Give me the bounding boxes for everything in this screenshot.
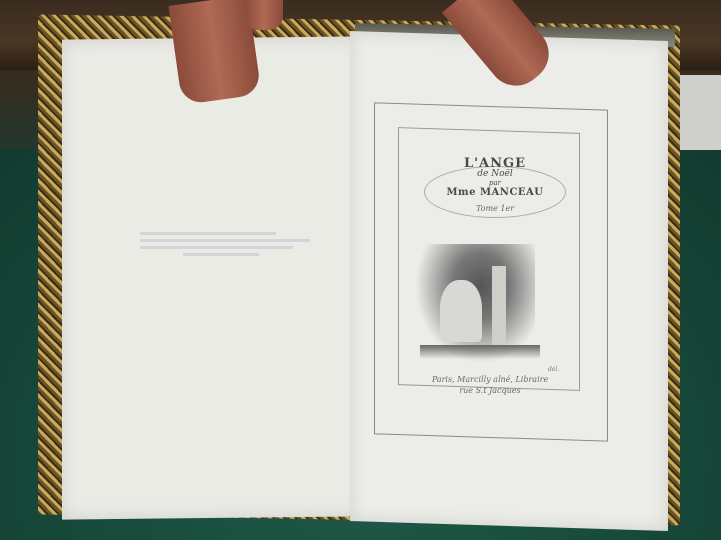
engraving-woman-figure <box>440 280 482 342</box>
volume-label: Tome 1er <box>410 204 580 213</box>
par-label: par <box>410 179 580 187</box>
publisher-imprint: Paris, Marcilly aîné, Libraire rue S.t J… <box>395 374 585 396</box>
book-subtitle: de Noël <box>410 169 580 179</box>
title-block: L'ANGE de Noël par Mme MANCEAU Tome 1er <box>410 156 580 213</box>
author-name: Mme MANCEAU <box>410 187 580 198</box>
bleed-through-text <box>140 228 310 260</box>
engraving-ground <box>420 345 540 359</box>
engraver-signature: del. <box>548 366 559 373</box>
left-page <box>62 36 362 519</box>
imprint-line-1: Paris, Marcilly aîné, Libraire <box>395 374 585 385</box>
engraving-man-figure <box>492 266 506 346</box>
finger-knuckle <box>245 0 283 30</box>
imprint-line-2: rue S.t Jacques <box>395 385 585 396</box>
